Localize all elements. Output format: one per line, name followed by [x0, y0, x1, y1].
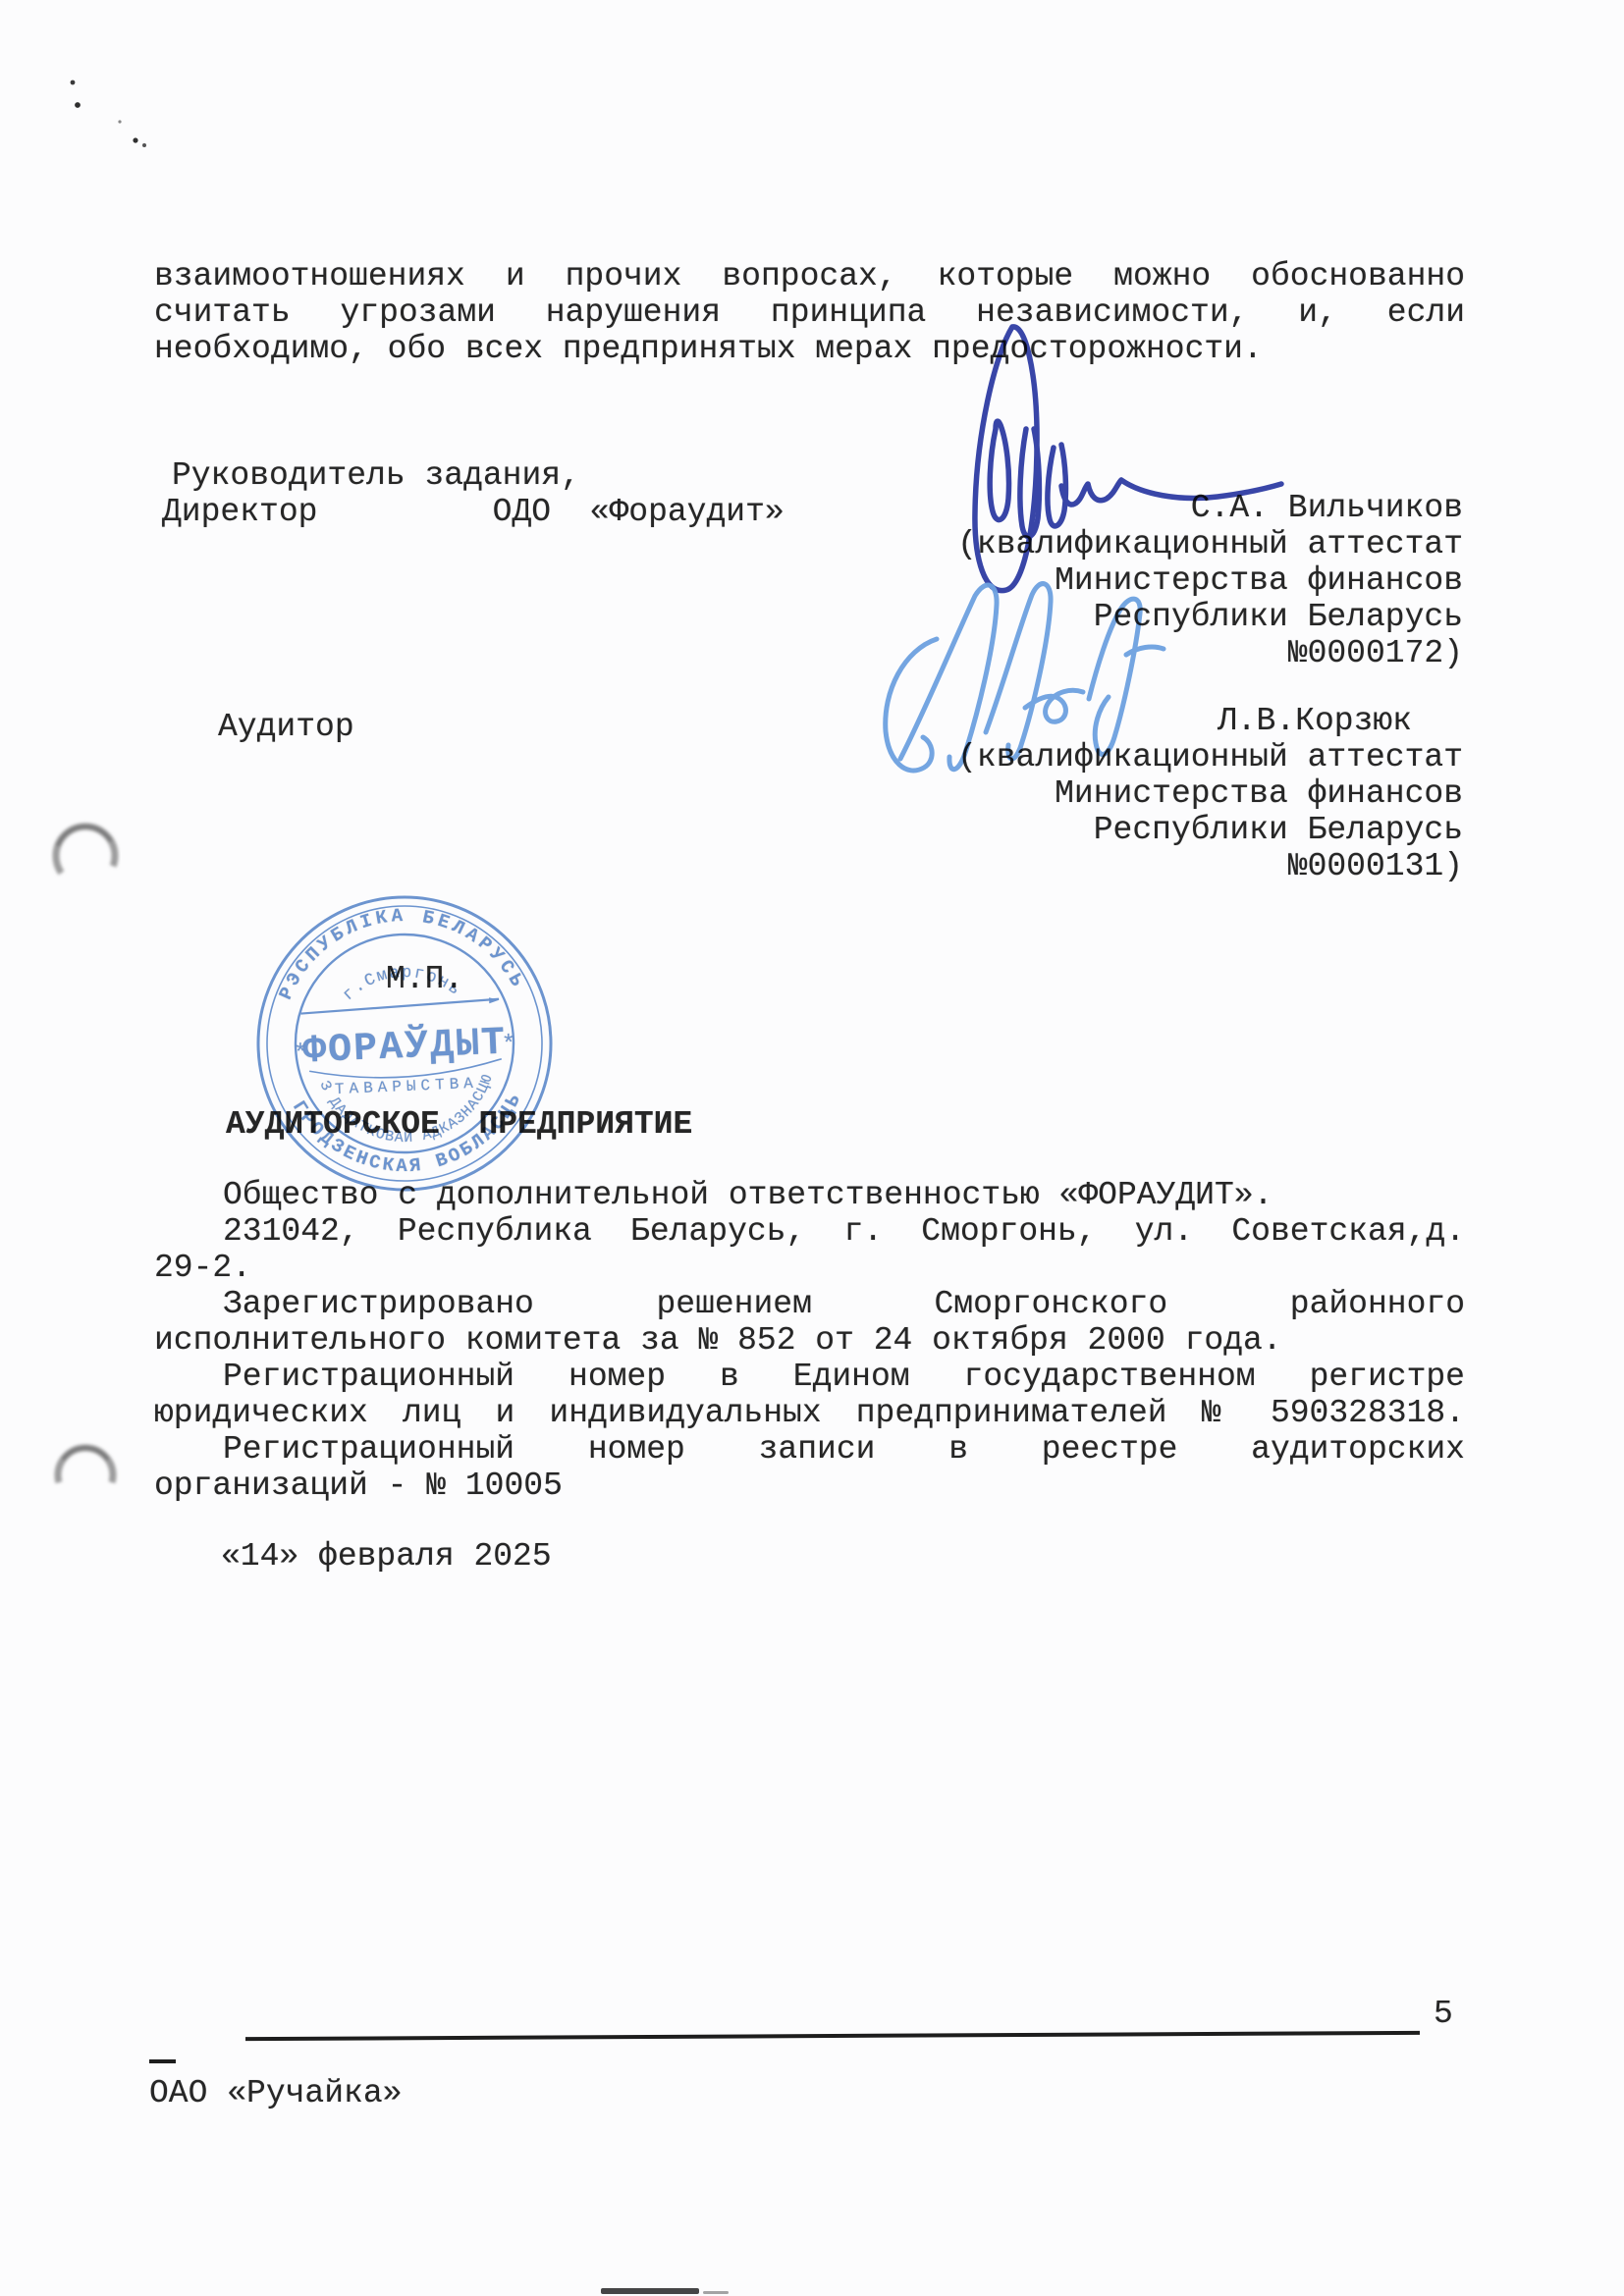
credential-line: Республики Беларусь — [874, 812, 1463, 848]
company-info-line: организаций - № 10005 — [154, 1468, 1465, 1504]
signatory2-name: Л.В.Корзюк — [874, 703, 1463, 739]
stamp-company-name: ФОРАЎДЫТ — [301, 1018, 508, 1074]
stamp-graphic: РЭСПУБЛІКА БЕЛАРУСЬ ГРОДЗЕНСКАЯ ВОБЛАСЦЬ… — [246, 885, 562, 1201]
date-line: «14» февраля 2025 — [221, 1538, 552, 1575]
signatory2-role: Аудитор — [218, 709, 354, 745]
scan-edge-artifact — [601, 2288, 729, 2294]
credential-line: (квалификационный аттестат — [874, 526, 1463, 562]
credential-line: Министерства финансов — [874, 775, 1463, 812]
paragraph-line: необходимо, обо всех предпринятых мерах … — [154, 331, 1465, 367]
punch-hole-top — [56, 827, 115, 885]
signatory2-role-label: Аудитор — [218, 709, 354, 745]
footer-rule — [245, 2031, 1420, 2041]
footnote-dash — [149, 2059, 176, 2063]
stamp-right-asterisk: * — [501, 1032, 516, 1059]
credential-line: Министерства финансов — [874, 562, 1463, 599]
credential-line: №0000172) — [874, 635, 1463, 671]
stamp-subtitle: ТАВАРЫСТВА — [335, 1075, 479, 1098]
paragraph-line: считать угрозами нарушения принципа неза… — [154, 294, 1465, 331]
top-paragraph: взаимоотношениях и прочих вопросах, кото… — [154, 258, 1465, 367]
credential-line: №0000131) — [874, 848, 1463, 884]
company-info-line: 231042, Республика Беларусь, г. Сморгонь… — [154, 1213, 1465, 1250]
stamp-city-text: г.Смаргонь — [339, 961, 465, 1005]
credential-line: Республики Беларусь — [874, 599, 1463, 635]
company-info-block: Общество с дополнительной ответственност… — [154, 1177, 1465, 1504]
stamp-left-asterisk: * — [294, 1041, 309, 1068]
signatory1-name: С.А. Вильчиков — [874, 490, 1463, 526]
paragraph-line: взаимоотношениях и прочих вопросах, кото… — [154, 258, 1465, 294]
scan-speckles — [71, 80, 146, 147]
signatory2-credentials-block: Л.В.Корзюк (квалификационный аттестат Ми… — [874, 703, 1463, 884]
punch-hole-top-dark-arc — [56, 827, 115, 885]
company-info-line: Регистрационный номер в Едином государст… — [154, 1359, 1465, 1395]
credential-line: (квалификационный аттестат — [874, 739, 1463, 775]
stamp-divider-arrow — [489, 997, 499, 1003]
signatory1-role-block: Руководитель задания, Директор ОДО «Фора… — [162, 457, 810, 530]
signatory1-role-line2: Директор ОДО «Фораудит» — [162, 494, 810, 530]
footer-organization: ОАО «Ручайка» — [149, 2075, 402, 2111]
page-number: 5 — [1434, 1996, 1453, 2032]
company-info-line: юридических лиц и индивидуальных предпри… — [154, 1395, 1465, 1431]
signatory1-role-line1: Руководитель задания, — [162, 457, 810, 494]
stamp-divider-line — [300, 999, 499, 1014]
punch-hole-bottom — [58, 1448, 113, 1503]
company-info-line: 29-2. — [154, 1250, 1465, 1286]
punch-hole-bottom-dark-arc — [58, 1448, 113, 1503]
scanned-audit-report-page: взаимоотношениях и прочих вопросах, кото… — [0, 0, 1624, 2296]
company-info-line: Регистрационный номер записи в реестре а… — [154, 1431, 1465, 1468]
punch-hole-shadows — [56, 827, 115, 1503]
signatory1-credentials-block: С.А. Вильчиков (квалификационный аттеста… — [874, 490, 1463, 671]
company-round-stamp: РЭСПУБЛІКА БЕЛАРУСЬ ГРОДЗЕНСКАЯ ВОБЛАСЦЬ… — [246, 885, 562, 1201]
company-info-line: Зарегистрировано решением Сморгонского р… — [154, 1286, 1465, 1322]
company-info-line: исполнительного комитета за № 852 от 24 … — [154, 1322, 1465, 1359]
